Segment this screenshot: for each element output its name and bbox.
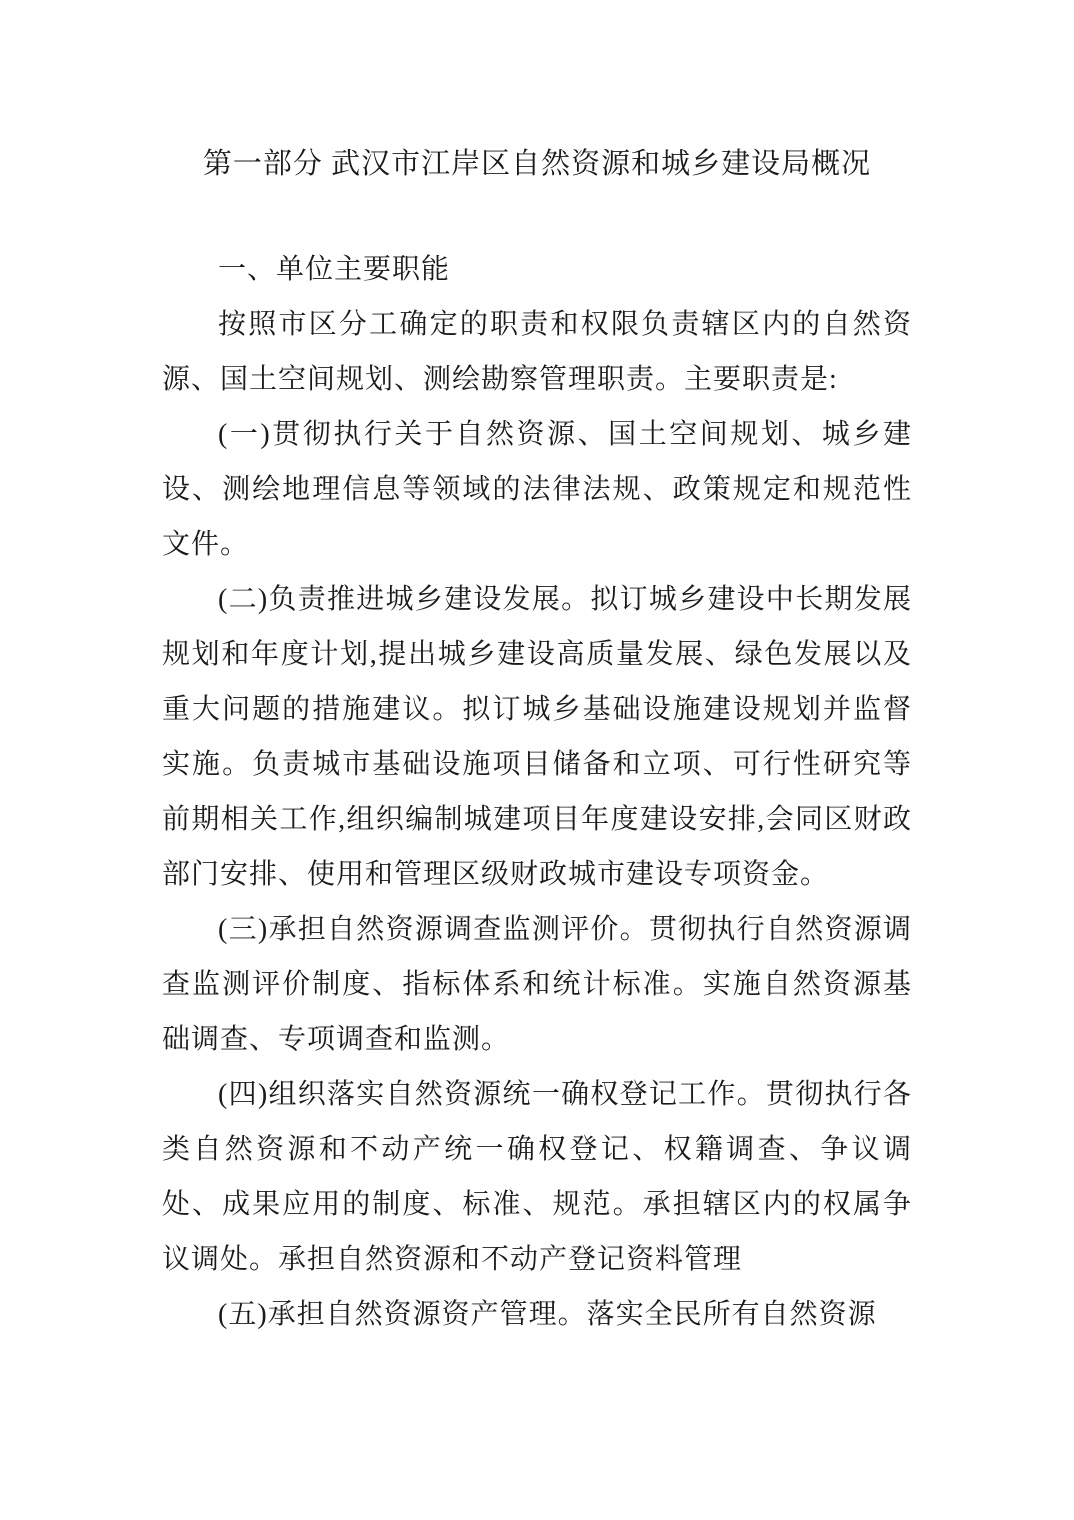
document-title: 第一部分 武汉市江岸区自然资源和城乡建设局概况 — [162, 137, 912, 192]
document-content: 第一部分 武汉市江岸区自然资源和城乡建设局概况 一、单位主要职能 按照市区分工确… — [162, 0, 912, 1342]
paragraph-intro: 按照市区分工确定的职责和权限负责辖区内的自然资源、国土空间规划、测绘勘察管理职责… — [162, 297, 912, 407]
paragraph-item-2: (二)负责推进城乡建设发展。拟订城乡建设中长期发展规划和年度计划,提出城乡建设高… — [162, 572, 912, 902]
paragraph-item-1: (一)贯彻执行关于自然资源、国土空间规划、城乡建设、测绘地理信息等领域的法律法规… — [162, 407, 912, 572]
paragraph-item-3: (三)承担自然资源调查监测评价。贯彻执行自然资源调查监测评价制度、指标体系和统计… — [162, 902, 912, 1067]
paragraph-item-4: (四)组织落实自然资源统一确权登记工作。贯彻执行各类自然资源和不动产统一确权登记… — [162, 1067, 912, 1287]
section-heading: 一、单位主要职能 — [162, 242, 912, 297]
paragraph-item-5: (五)承担自然资源资产管理。落实全民所有自然资源 — [162, 1287, 912, 1342]
document-page: 第一部分 武汉市江岸区自然资源和城乡建设局概况 一、单位主要职能 按照市区分工确… — [0, 0, 1074, 1520]
